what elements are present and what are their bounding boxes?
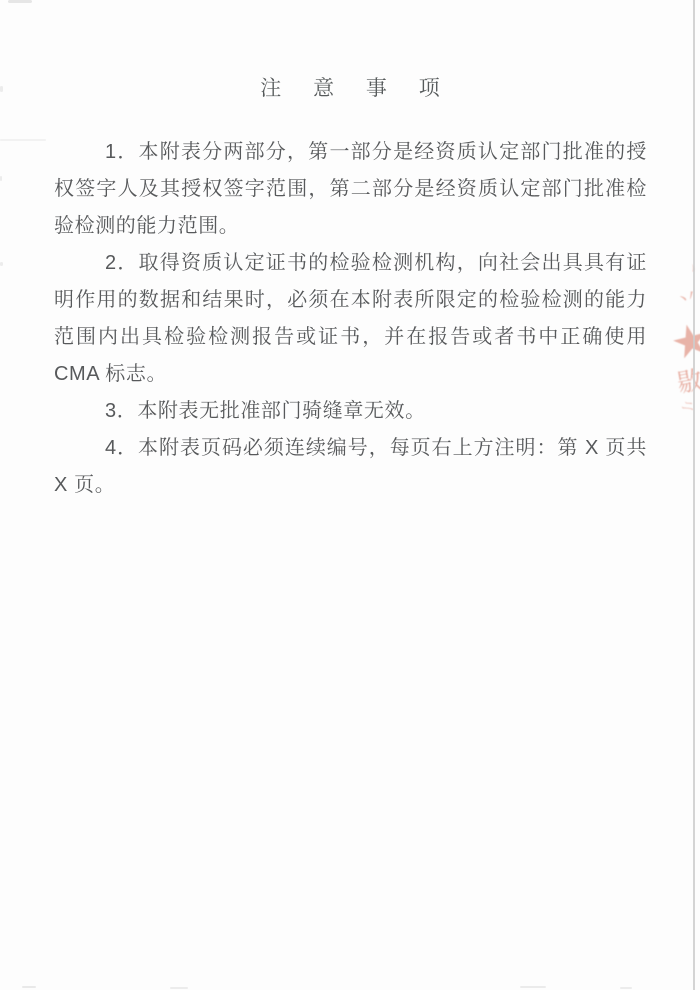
seal-fragment-icon: 丷	[672, 279, 700, 315]
scan-smudge	[0, 139, 46, 141]
scan-smudge	[0, 262, 3, 266]
scan-smudge	[520, 986, 546, 988]
scanned-document-page: 注 意 事 项 1．本附表分两部分，第一部分是经资质认定部门批准的授权签字人及其…	[0, 0, 700, 990]
scan-smudge	[620, 987, 632, 989]
paragraph-1: 1．本附表分两部分，第一部分是经资质认定部门批准的授权签字人及其授权签字范围，第…	[54, 134, 647, 245]
seal-fragment-icon: 丶	[680, 256, 700, 282]
paragraph-2: 2．取得资质认定证书的检验检测机构，向社会出具具有证明作用的数据和结果时，必须在…	[54, 245, 647, 393]
seal-fragment-icon: 敭	[674, 360, 700, 400]
scan-smudge	[0, 176, 2, 181]
document-body: 1．本附表分两部分，第一部分是经资质认定部门批准的授权签字人及其授权签字范围，第…	[54, 134, 647, 504]
scan-smudge	[8, 0, 32, 3]
scan-page-edge-line	[693, 0, 695, 990]
paragraph-3: 3．本附表无批准部门骑缝章无效。	[54, 393, 647, 430]
scan-smudge	[170, 987, 188, 989]
paragraph-4: 4．本附表页码必须连续编号，每页右上方注明：第 X 页共 X 页。	[54, 430, 647, 504]
scan-smudge	[22, 986, 36, 988]
page-title: 注 意 事 项	[0, 72, 700, 102]
scan-smudge	[0, 86, 3, 92]
